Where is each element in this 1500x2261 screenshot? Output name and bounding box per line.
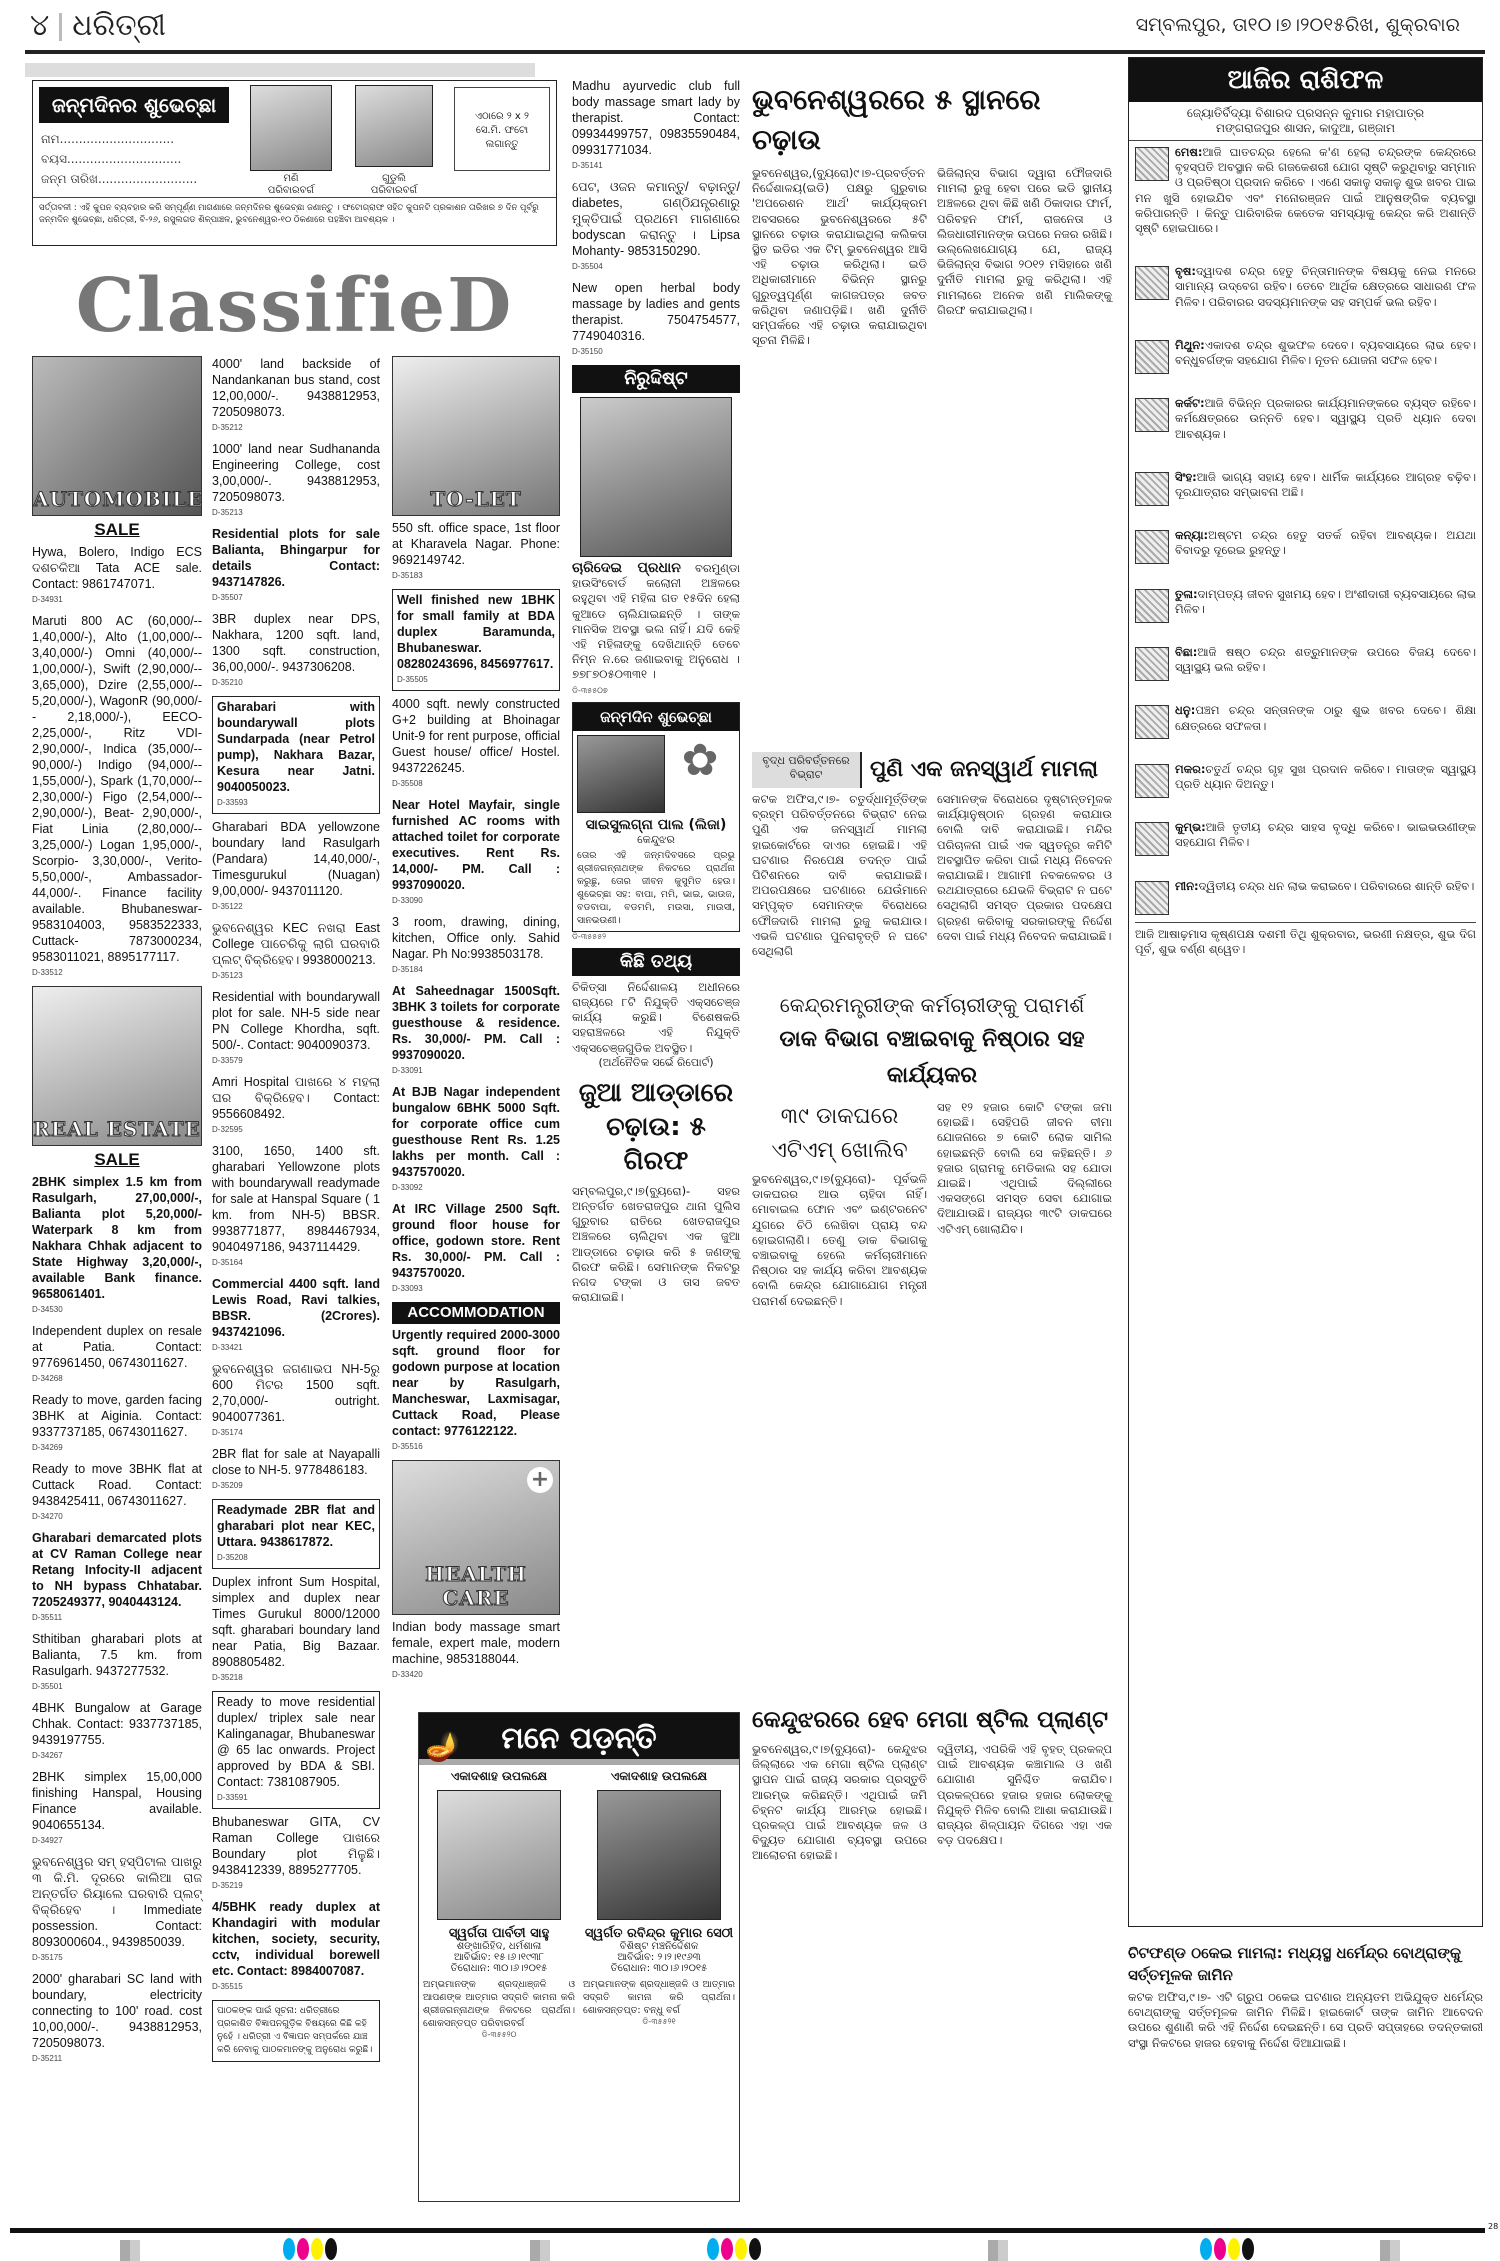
classified-ad: 3BR duplex near DPS, Nakhara, 1200 sqft.… <box>212 611 380 691</box>
photo-placeholder[interactable]: ଏଠାରେ ୨ x ୨ ସେ.ମି. ଫଟୋ ଲଗାନ୍ତୁ <box>454 87 550 171</box>
birthday-coupon: ଜନ୍ମଦିନର ଶୁଭେଚ୍ଛା ନାମ...................… <box>32 80 557 246</box>
sign-aquarius: କୁମ୍ଭ:ଆଜି ତୃତୀୟ ଚନ୍ଦ୍ର ସାହସ ବୃଦ୍ଧି କରିବେ… <box>1135 820 1476 850</box>
main-story-headline: ଭୁବନେଶ୍ୱରରେ ୫ ସ୍ଥାନରେ ଚଢ଼ାଉ <box>752 80 1112 160</box>
classified-ad: Independent duplex on resale at Patia. C… <box>32 1323 202 1387</box>
coupon-fields: ନାମ.............................. ବୟସ...… <box>41 129 197 189</box>
registration-mark <box>1380 2240 1400 2261</box>
memoriam-person: ଏକାଦଶାହ ଉପଲକ୍ଷେ ସ୍ୱର୍ଗତ ରବିନ୍ଦ୍ର କୁମାର ସ… <box>579 1765 739 2044</box>
memoriam-place: ବିଶିଷ୍ଟ ମଞ୍ଚନିର୍ଦ୍ଦେଶକ <box>583 1941 735 1952</box>
gambling-body: ସମ୍ବଲପୁର,୯।୭(ବ୍ୟୁରୋ)- ସହର ଅନ୍ତର୍ଗତ ଖେତରା… <box>572 1184 740 1306</box>
classified-ad: At BJB Nagar independent bungalow 6BHK 5… <box>392 1084 560 1196</box>
horoscope-address: ମଙ୍ଗରାଜପୁର ଶାସନ, କାଦୁଆ, ଗଞ୍ଜାମ <box>1129 121 1482 141</box>
memoriam-died: ତିରୋଧାନ: ୩୦।୬।୨୦୧୫ <box>423 1963 575 1974</box>
horoscope-astrologer: ଜ୍ୟୋତିର୍ବିଦ୍ୟା ବିଶାରଦ ପ୍ରସନ୍ନ କୁମାର ମହାପ… <box>1129 106 1482 121</box>
classified-ad: 1000' land near Sudhananda Engineering C… <box>212 441 380 521</box>
birthday-person-photo <box>577 735 665 813</box>
sign-cancer: କର୍କଟ:ଆଜି ବିଭିନ୍ନ ପ୍ରକାରର କାର୍ଯ୍ୟମାନଙ୍କର… <box>1135 396 1476 442</box>
sagittarius-archer-icon <box>1135 705 1169 739</box>
ad-code: ଡି-୩୫୫୨୧ <box>583 2017 735 2027</box>
classified-ad: Ready to move, garden facing 3BHK at Aig… <box>32 1392 202 1456</box>
postal-subhead: ୩୯ ଡାକଘରେ ଏଟିଏମ୍ ଖୋଲିବ <box>752 1100 927 1168</box>
memoriam-photo <box>597 1790 721 1920</box>
steel-headline: କେନ୍ଦୁଝରରେ ହେବ ମେଗା ଷ୍ଟିଲ ପ୍ଲାଣ୍ଟ <box>752 1702 1112 1738</box>
classified-ad: 2BHK simplex 15,00,000 finishing Hanspal… <box>32 1769 202 1849</box>
classified-column-3: TO-LET 550 sft. office space, 1st floor … <box>392 356 560 1688</box>
janaswartha-header: ବୃଦ୍ଧ ପରିବର୍ତ୍ତନରେ ବିଭ୍ରାଟ ପୁଣି ଏକ ଜନସ୍ୱ… <box>752 752 1112 788</box>
column-4: Madhu ayurvedic club full body massage s… <box>572 78 740 1305</box>
chitfund-headline: ଚିଟଫଣ୍ଡ ଠକେଇ ମାମଲା: ମଧ୍ୟସ୍ଥ ଧର୍ମେନ୍ଦ୍ର ବ… <box>1128 1942 1483 1986</box>
classified-ad: Indian body massage smart female, expert… <box>392 1619 560 1683</box>
classified-ad: ପେଟ, ଓଜନ କମାନ୍ତୁ/ ବଢ଼ାନ୍ତୁ/ diabetes, ଗଣ… <box>572 179 740 275</box>
child-photo-1 <box>250 85 332 171</box>
horoscope-box: ଆଜିର ରାଶିଫଳ ଜ୍ୟୋତିର୍ବିଦ୍ୟା ବିଶାରଦ ପ୍ରସନ୍… <box>1128 57 1483 1927</box>
ad-code: ଡି-୩୫୫୫୨ <box>572 932 740 942</box>
classified-ad: 2BR flat for sale at Nayapalli close to … <box>212 1446 380 1494</box>
classified-ad: Gharabari demarcated plots at CV Raman C… <box>32 1530 202 1626</box>
janaswartha-kicker: ବୃଦ୍ଧ ପରିବର୍ତ୍ତନରେ ବିଭ୍ରାଟ <box>752 752 862 788</box>
folio-divider <box>59 13 62 41</box>
memoriam-text: ଅମ୍ଭମାନଙ୍କ ଶ୍ରଦ୍ଧାଞ୍ଜଳି ଓ ଆତ୍ମାର ସଦ୍‌ଗତି… <box>583 1978 735 2017</box>
horoscope-heading: ଆଜିର ରାଶିଫଳ <box>1129 58 1482 102</box>
classified-ad-boxed: Readymade 2BR flat and gharabari plot ne… <box>212 1499 380 1569</box>
classified-banner: ClassifieD <box>32 262 557 350</box>
memoriam-photo <box>437 1790 561 1920</box>
steel-col1: ଭୁବନେଶ୍ୱର,୯।୭(ବ୍ୟୁରୋ)- କେନ୍ଦୁଝର ଜିଲ୍ଲାରେ… <box>752 1742 927 1864</box>
classified-ad: 4000' land backside of Nandankanan bus s… <box>212 356 380 436</box>
memoriam-persons: ଏକାଦଶାହ ଉପଲକ୍ଷେ ସ୍ୱର୍ଗତା ପାର୍ବତୀ ସାହୁ ଶଙ… <box>419 1765 739 2044</box>
sign-sagittarius: ଧନୁ:ପଞ୍ଚମ ଚନ୍ଦ୍ର ସନ୍ତାନଙ୍କ ଠାରୁ ଶୁଭ ଖବର … <box>1135 703 1476 733</box>
coupon-dob-field[interactable]: ଜନ୍ମ ତାରିଖ.......................... <box>41 169 197 189</box>
postal-col2: ସହ ୧୨ ହଜାର କୋଟି ଟଙ୍କା ଜମା ହୋଇଛି। ସେହିପରି… <box>937 1100 1112 1309</box>
classified-ad: Commercial 4400 sqft. land Lewis Road, R… <box>212 1276 380 1356</box>
sign-libra: ତୁଳା:ଦାମ୍ପତ୍ୟ ଜୀବନ ସୁଖମୟ ହେବ। ଅଂଶୀଦାରୀ ବ… <box>1135 587 1476 617</box>
steel-columns: ଭୁବନେଶ୍ୱର,୯।୭(ବ୍ୟୁରୋ)- କେନ୍ଦୁଝର ଜିଲ୍ଲାରେ… <box>752 1742 1112 1864</box>
memoriam-text: ଅମ୍ଭମାନଙ୍କ ଶ୍ରଦ୍ଧାଞ୍ଜଳି ଓ ଆପଣଙ୍କ ଆତ୍ମାର … <box>423 1978 575 2030</box>
health-care-section-image: + HEALTH CARE <box>392 1460 560 1615</box>
aquarius-pot-icon <box>1135 822 1169 856</box>
birthday-person-place: କେନ୍ଦୁଝର <box>573 833 739 847</box>
child-family: ପରିବାରବର୍ଗ <box>343 185 445 197</box>
diya-lamp-icon: 🪔 <box>425 1721 460 1773</box>
classified-ad: New open herbal body massage by ladies a… <box>572 280 740 360</box>
classified-ad: Ready to move 3BHK flat at Cuttack Road.… <box>32 1461 202 1525</box>
coupon-age-field[interactable]: ବୟସ.............................. <box>41 149 197 169</box>
classified-ad: Maruti 800 AC (60,000/-- 1,40,000/-), Al… <box>32 613 202 981</box>
memoriam-box: 🪔 ମନେ ପଡ଼ନ୍ତି ଏକାଦଶାହ ଉପଲକ୍ଷେ ସ୍ୱର୍ଗତା ପ… <box>418 1712 740 2202</box>
sale-heading: SALE <box>32 520 202 540</box>
classified-ad: 3 room, drawing, dining, kitchen, Office… <box>392 914 560 978</box>
leo-lion-icon <box>1135 472 1169 506</box>
sale-heading: SALE <box>32 1150 202 1170</box>
color-registration-dots <box>1200 2238 1256 2261</box>
classified-ad: 4000 sqft. newly constructed G+2 buildin… <box>392 696 560 792</box>
classified-ad: 2BHK simplex 1.5 km from Rasulgarh, 27,0… <box>32 1174 202 1318</box>
classified-ad-boxed: Gharabari with boundarywall plots Sundar… <box>212 696 380 814</box>
missing-person-photo <box>580 397 732 557</box>
classified-ad: 4/5BHK ready duplex at Khandagiri with m… <box>212 1899 380 1995</box>
postal-kicker: କେନ୍ଦ୍ରମନ୍ତ୍ରୀଙ୍କ କର୍ମଚାରୀଙ୍କୁ ପରାମର୍ଶ <box>752 988 1112 1022</box>
sign-aries: ମେଷ:ଆଜି ଘାତଚନ୍ଦ୍ର ହେଲେ କ'ଣ ହେଲା ଚନ୍ଦ୍ରଙ୍… <box>1135 145 1476 236</box>
horoscope-signs: ମେଷ:ଆଜି ଘାତଚନ୍ଦ୍ର ହେଲେ କ'ଣ ହେଲା ଚନ୍ଦ୍ରଙ୍… <box>1129 141 1482 961</box>
janaswartha-headline: ପୁଣି ଏକ ଜନସ୍ୱାର୍ଥ ମାମଲା <box>862 752 1098 788</box>
classified-column-2: 4000' land backside of Nandankanan bus s… <box>212 356 380 2062</box>
libra-scales-icon <box>1135 589 1169 623</box>
memoriam-occasion: ଏକାଦଶାହ ଉପଲକ୍ଷେ <box>583 1769 735 1784</box>
sign-taurus: ବୃଷ:ଦ୍ୱାଦଶ ଚନ୍ଦ୍ର ହେତୁ ଚିନ୍ତାମାନଙ୍କ ବିଷୟ… <box>1135 264 1476 310</box>
child-photo-2 <box>355 85 433 167</box>
classified-ad: Bhubaneswar GITA, CV Raman College ପାଖରେ… <box>212 1814 380 1894</box>
classified-ad: Gharabari BDA yellowzone boundary land R… <box>212 819 380 915</box>
pisces-fish-icon <box>1135 881 1169 915</box>
child-caption-2: ଗୁଡୁଲି ପରିବାରବର୍ଗ <box>343 173 445 197</box>
page-number: ୪ <box>30 8 49 43</box>
birthday-wish-box: ଜନ୍ମଦିନ ଶୁଭେଚ୍ଛା ✿ ସାଇସୁଲଗ୍ନା ପାଲ (ଲିଜା)… <box>572 702 740 932</box>
virgo-maiden-icon <box>1135 530 1169 564</box>
birthday-wish-text: ତୋର ଏହି ଜନ୍ମଦିବସରେ ପ୍ରଭୁ ଶ୍ରୀଜଗନ୍ନାଥଙ୍କ … <box>573 847 739 931</box>
classified-ad: 550 sft. office space, 1st floor at Khar… <box>392 520 560 584</box>
coupon-terms: ସର୍ତ୍ତାବଳୀ : ଏହି କୁପନ ବ୍ୟବହାର କରି ସମ୍ପୂର… <box>33 197 556 230</box>
classified-ad: 3100, 1650, 1400 sft. gharabari Yellowzo… <box>212 1143 380 1271</box>
steel-col2: ଦ୍ୱିତୀୟ, ଏପରିକି ଏହି ବୃହତ୍ ପ୍ରକଳ୍ପ ପାଇଁ ଆ… <box>937 1742 1112 1864</box>
child-name: ମଣି <box>238 173 344 185</box>
color-registration-dots <box>707 2238 763 2261</box>
child-name: ଗୁଡୁଲି <box>343 173 445 185</box>
sign-gemini: ମିଥୁନ:ଏକାଦଶ ଚନ୍ଦ୍ର ଶୁଭଫଳ ଦେବେ। ବ୍ୟବସାୟରେ… <box>1135 338 1476 368</box>
taurus-bull-icon <box>1135 266 1169 300</box>
bottom-rule <box>10 2228 1485 2233</box>
memoriam-name: ସ୍ୱର୍ଗତ ରବିନ୍ଦ୍ର କୁମାର ସେଠୀ <box>583 1926 735 1941</box>
cancer-crab-icon <box>1135 398 1169 432</box>
sign-capricorn: ମକର:ଚତୁର୍ଥ ଚନ୍ଦ୍ର ଗୃହ ସୁଖ ପ୍ରଦାନ କରିବେ। … <box>1135 762 1476 792</box>
classified-ad-boxed: Ready to move residential duplex/ triple… <box>212 1691 380 1809</box>
sign-scorpio: ବିଛା:ଆଜି ଷଷ୍ଠ ଚନ୍ଦ୍ର ଶତ୍ରୁମାନଙ୍କ ଉପରେ ବି… <box>1135 645 1476 675</box>
health-care-label: HEALTH CARE <box>393 1562 559 1610</box>
janaswartha-col2: ସେମାନଙ୍କ ବିରୋଧରେ ଦୃଷ୍ଟାନ୍ତମୂଳକ କାର୍ଯ୍ୟାନ… <box>937 792 1112 959</box>
postal-columns: ୩୯ ଡାକଘରେ ଏଟିଏମ୍ ଖୋଲିବ ଭୁବନେଶ୍ୱର,୯।୭(ବ୍ୟ… <box>752 1100 1112 1309</box>
coupon-name-field[interactable]: ନାମ.............................. <box>41 129 197 149</box>
memoriam-born: ଆବିର୍ଭାବ: ୧୫।୬।୧୯୩୮ <box>423 1952 575 1963</box>
automobile-label: AUTOMOBILE <box>33 487 201 511</box>
registration-mark <box>530 2240 550 2261</box>
gemini-twins-icon <box>1135 340 1169 374</box>
plus-icon: + <box>527 1467 553 1493</box>
ad-code: ଡି-୩୫୫୨୦ <box>423 2030 575 2040</box>
scorpio-scorpion-icon <box>1135 647 1169 681</box>
classified-ad: Hywa, Bolero, Indigo ECS ଦଶଚକିଆ Tata ACE… <box>32 544 202 608</box>
memoriam-name: ସ୍ୱର୍ଗତା ପାର୍ବତୀ ସାହୁ <box>423 1926 575 1941</box>
main-story: ଭୁବନେଶ୍ୱରରେ ୫ ସ୍ଥାନରେ ଚଢ଼ାଉ ଭୁବନେଶ୍ୱର,(ବ… <box>752 80 1112 348</box>
sign-virgo: କନ୍ୟା:ଅଷ୍ଟମ ଚନ୍ଦ୍ର ହେତୁ ସତର୍କ ରହିବା ଆବଶ୍… <box>1135 528 1476 558</box>
main-story-col2: ଭିଜିଲାନ୍ସ ବିଭାଗ ଦ୍ୱାରା ଫୌଜଦାରି ମାମଲା ରୁଜ… <box>937 166 1112 348</box>
classified-ad: Duplex infront Sum Hospital, simplex and… <box>212 1574 380 1686</box>
color-registration-dots <box>283 2238 339 2261</box>
missing-person-notice: ଚାରିଦେଇ ପ୍ରଧାନ ବରମୁଣ୍ଡା ହାଉସିଂବୋର୍ଡ କଲୋନ… <box>572 561 740 698</box>
to-let-section-image: TO-LET <box>392 356 560 516</box>
top-rule <box>25 50 1485 54</box>
classified-ad: Sthitiban gharabari plots at Balianta, 7… <box>32 1631 202 1695</box>
postal-story: କେନ୍ଦ୍ରମନ୍ତ୍ରୀଙ୍କ କର୍ମଚାରୀଙ୍କୁ ପରାମର୍ଶ ଡ… <box>752 988 1112 1309</box>
real-estate-label: REAL ESTATE <box>33 1117 201 1141</box>
gambling-headline: ଜୁଆ ଆଡ୍ଡାରେ ଚଢ଼ାଉ: ୫ ଗିରଫ <box>572 1076 740 1178</box>
page-folio: ୪ଧରିତ୍ରୀ <box>30 8 166 43</box>
aries-ram-icon <box>1135 147 1169 181</box>
postal-col1-wrap: ୩୯ ଡାକଘରେ ଏଟିଏମ୍ ଖୋଲିବ ଭୁବନେଶ୍ୱର,୯।୭(ବ୍ୟ… <box>752 1100 927 1309</box>
dateline: ସମ୍ବଲପୁର, ତା୧୦।୭।୨୦୧୫ରିଖ, ଶୁକ୍ରବାର <box>1136 14 1460 36</box>
classified-ad: At Saheednagar 1500Sqft. 3BHK 3 toilets … <box>392 983 560 1079</box>
registration-mark <box>120 2240 140 2261</box>
registration-mark <box>988 2240 1008 2261</box>
classified-ad: Amri Hospital ପାଖରେ ୪ ମହଲା ଘର ବିକ୍ରିହେବ।… <box>212 1074 380 1138</box>
classified-title: ClassifieD <box>76 263 514 349</box>
janaswartha-story: ବୃଦ୍ଧ ପରିବର୍ତ୍ତନରେ ବିଭ୍ରାଟ ପୁଣି ଏକ ଜନସ୍ୱ… <box>752 752 1112 959</box>
flower-bouquet-icon: ✿ <box>665 735 735 813</box>
child-caption-1: ମଣି ପରିବାରବର୍ଗ <box>238 173 344 197</box>
coupon-title: ଜନ୍ମଦିନର ଶୁଭେଚ୍ଛା <box>39 87 229 123</box>
facts-text: ଚିକିତ୍ସା ନିର୍ଦ୍ଦେଶାଳୟ ଅଧୀନରେ ରାଜ୍ୟରେ ୮ଟି… <box>572 980 740 1056</box>
classified-ad: ଭୁବନେଶ୍ୱର ଜଗଣାଭପ NH-5ରୁ 600 ମିଟର 1500 sq… <box>212 1361 380 1441</box>
grey-strip <box>25 63 535 77</box>
chitfund-story: ଚିଟଫଣ୍ଡ ଠକେଇ ମାମଲା: ମଧ୍ୟସ୍ଥ ଧର୍ମେନ୍ଦ୍ର ବ… <box>1128 1942 1483 2051</box>
facts-heading: କିଛି ତଥ୍ୟ <box>572 948 740 976</box>
classified-ad: 2000' gharabari SC land with boundary, e… <box>32 1971 202 2067</box>
missing-person-name: ଚାରିଦେଇ ପ୍ରଧାନ <box>572 560 681 576</box>
child-family: ପରିବାରବର୍ଗ <box>238 185 344 197</box>
main-story-columns: ଭୁବନେଶ୍ୱର,(ବ୍ୟୁରୋ)୯।୭-ପ୍ରବର୍ତ୍ତନ ନିର୍ଦ୍ଦ… <box>752 166 1112 348</box>
janaswartha-col1: କଟକ ଅଫିସ,୯।୭- ଚତୁର୍ଦ୍ଧାମୂର୍ତ୍ତିଙ୍କ ବ୍ରହ୍… <box>752 792 927 959</box>
postal-headline: ଡାକ ବିଭାଗ ବଞ୍ଚାଇବାକୁ ନିଷ୍ଠାର ସହ କାର୍ଯ୍ୟକ… <box>752 1022 1112 1094</box>
accommodation-heading: ACCOMMODATION <box>392 1302 560 1324</box>
classified-ad: Madhu ayurvedic club full body massage s… <box>572 78 740 174</box>
real-estate-section-image: REAL ESTATE <box>32 986 202 1146</box>
memoriam-heading: 🪔 ମନେ ପଡ଼ନ୍ତି <box>419 1713 739 1765</box>
classified-ad: 4BHK Bungalow at Garage Chhak. Contact: … <box>32 1700 202 1764</box>
paper-name: ଧରିତ୍ରୀ <box>72 8 166 43</box>
classified-ad-boxed: Well finished new 1BHK for small family … <box>392 589 560 691</box>
janaswartha-columns: କଟକ ଅଫିସ,୯।୭- ଚତୁର୍ଦ୍ଧାମୂର୍ତ୍ତିଙ୍କ ବ୍ରହ୍… <box>752 792 1112 959</box>
memoriam-died: ତିରୋଧାନ: ୩୦।୬।୨୦୧୫ <box>583 1963 735 1974</box>
birthday-person-name: ସାଇସୁଲଗ୍ନା ପାଲ (ଲିଜା) <box>573 817 739 833</box>
chitfund-body: କଟକ ଅଫିସ,୯।୭- ଏଟି ଗ୍ରୁପ ଠକେଇ ଘଟଣାର ଅନ୍ୟତ… <box>1128 1990 1483 2051</box>
facts-source: (ଅର୍ଥନୈତିକ ସର୍ଭେ ରିପୋର୍ଟ) <box>572 1056 740 1070</box>
birthday-wish-images: ✿ <box>573 731 739 817</box>
horoscope-footer: ଆଜି ଆଷାଢ଼ମାସ କୃଷ୍ଣପକ୍ଷ ଦଶମୀ ତିଥି ଶୁକ୍ରବା… <box>1135 922 1476 957</box>
classified-ad: At IRC Village 2500 Sqft. ground floor h… <box>392 1201 560 1297</box>
postal-col1: ଭୁବନେଶ୍ୱର,୯।୭(ବ୍ୟୁରୋ)- ପୂର୍ବଭଳି ଡାକଘରର ଆ… <box>752 1172 927 1309</box>
birthday-wish-heading: ଜନ୍ମଦିନ ଶୁଭେଚ୍ଛା <box>573 703 739 731</box>
classified-column-1: AUTOMOBILE SALE Hywa, Bolero, Indigo ECS… <box>32 356 202 2072</box>
steel-story: କେନ୍ଦୁଝରରେ ହେବ ମେଗା ଷ୍ଟିଲ ପ୍ଲାଣ୍ଟ ଭୁବନେଶ… <box>752 1702 1112 1864</box>
main-story-col1: ଭୁବନେଶ୍ୱର,(ବ୍ୟୁରୋ)୯।୭-ପ୍ରବର୍ତ୍ତନ ନିର୍ଦ୍ଦ… <box>752 166 927 348</box>
memoriam-person: ଏକାଦଶାହ ଉପଲକ୍ଷେ ସ୍ୱର୍ଗତା ପାର୍ବତୀ ସାହୁ ଶଙ… <box>419 1765 579 2044</box>
classified-ad: Residential with boundarywall plot for s… <box>212 989 380 1069</box>
to-let-label: TO-LET <box>393 487 559 511</box>
missing-heading: ନିରୁଦ୍ଦିଷ୍ଟ <box>572 365 740 393</box>
classified-ad: ଭୁବନେଶ୍ୱର KEC ନଖରା East College ପାଚେରିକୁ… <box>212 920 380 984</box>
memoriam-born: ଆବିର୍ଭାବ: ୨।୨।୧୯୬୩ <box>583 1952 735 1963</box>
footer-page-number: 28 <box>1488 2222 1498 2231</box>
automobile-section-image: AUTOMOBILE <box>32 356 202 516</box>
capricorn-goat-icon <box>1135 764 1169 798</box>
reader-notice: ପାଠକଙ୍କ ପାଇଁ ସୂଚନା: ଧରିତ୍ରୀରେ ପ୍ରକାଶିତ ବ… <box>212 2000 380 2062</box>
classified-ad: Near Hotel Mayfair, single furnished AC … <box>392 797 560 909</box>
sign-pisces: ମୀନ:ଦ୍ୱିତୀୟ ଚନ୍ଦ୍ର ଧନ ଲାଭ କରାଇବେ। ପରିବାର… <box>1135 879 1476 894</box>
classified-ad: Urgently required 2000-3000 sqft. ground… <box>392 1327 560 1455</box>
sign-leo: ସିଂହ:ଆଜି ଭାଗ୍ୟ ସହାୟ ହେବ। ଧାର୍ମିକ କାର୍ଯ୍ୟ… <box>1135 470 1476 500</box>
classified-ad: Residential plots for sale Balianta, Bhi… <box>212 526 380 606</box>
memoriam-place: ଶଙ୍ଖାରିହିଦ, ଧର୍ମଶାଳା <box>423 1941 575 1952</box>
classified-ad: ଭୁବନେଶ୍ୱର ସମ୍ ହସ୍ପିଟାଲ ପାଖରୁ ୩ କି.ମି. ଦୂ… <box>32 1854 202 1966</box>
